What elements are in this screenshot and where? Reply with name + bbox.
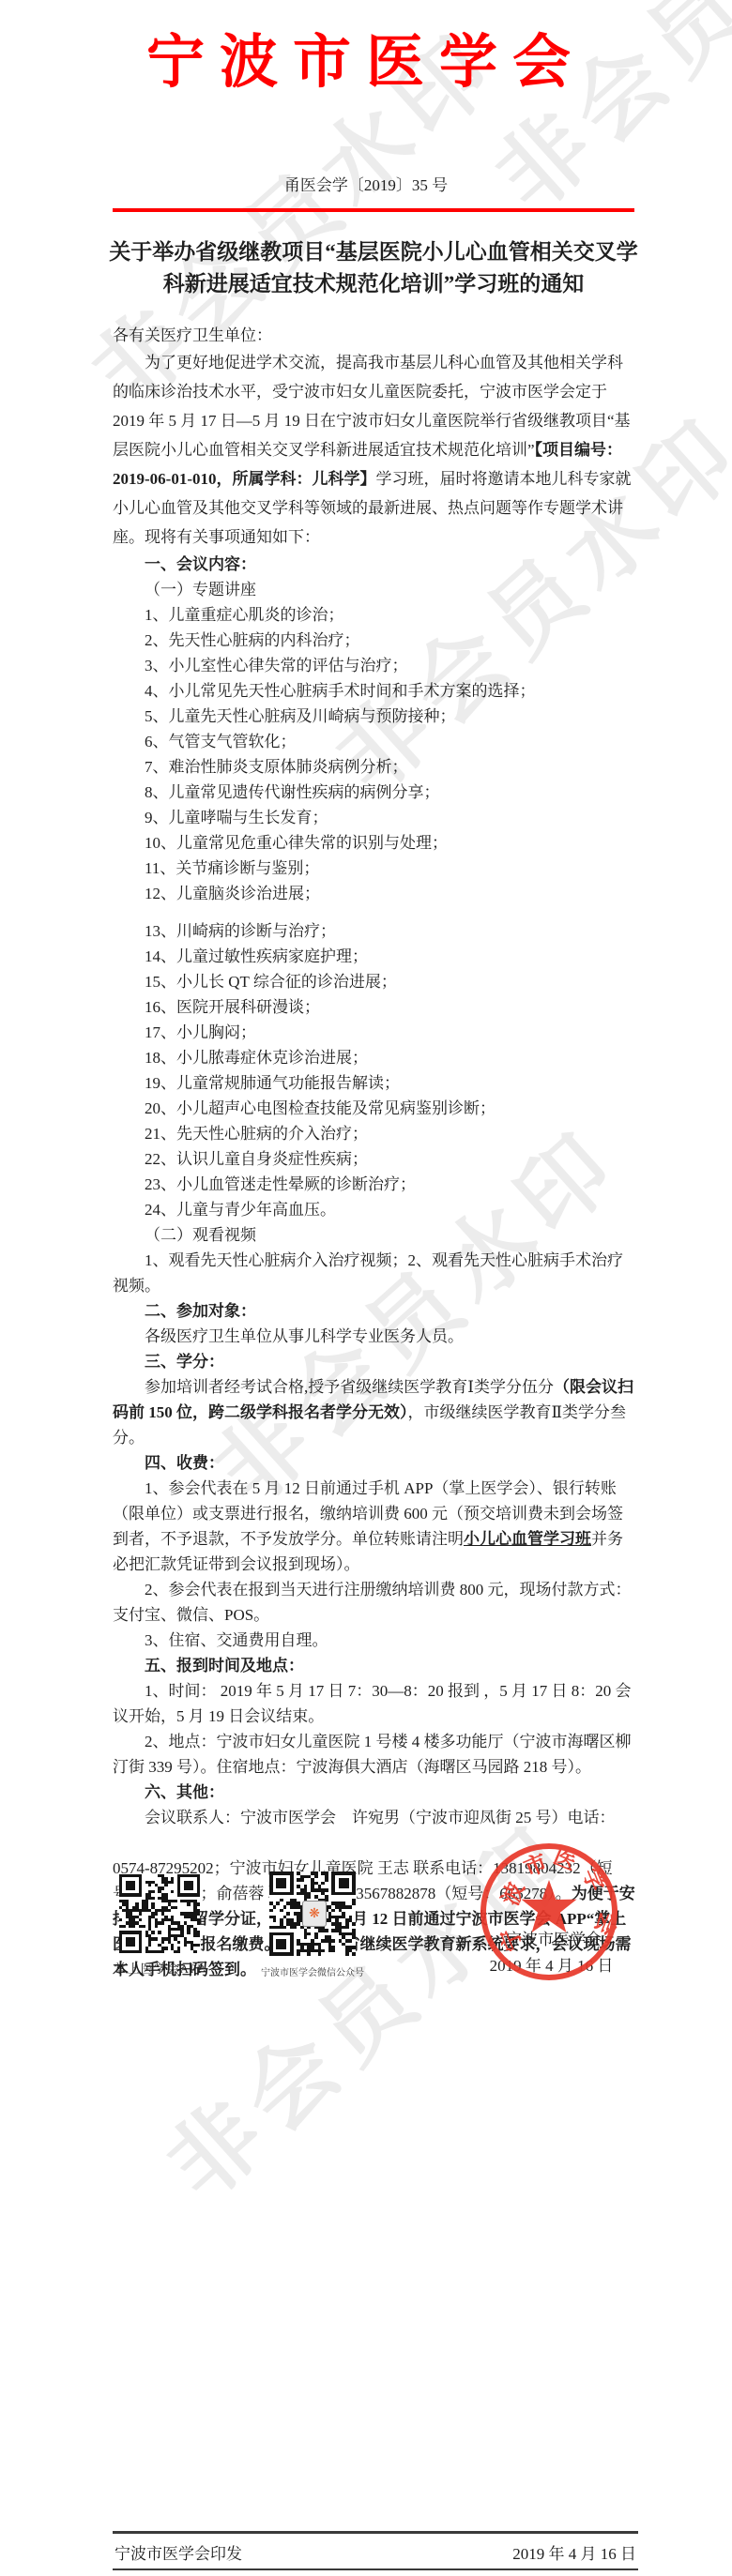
doc-heading: 三、学分： bbox=[113, 1349, 635, 1374]
doc-list-item: 20、小儿超声心电图检查技能及常见病鉴别诊断； bbox=[113, 1096, 635, 1121]
doc-list-item: 16、医院开展科研漫谈； bbox=[113, 994, 635, 1020]
doc-paragraph: 参加培训者经考试合格,授予省级继续医学教育Ⅰ类学分伍分（限会议扫码前 150 位… bbox=[113, 1374, 635, 1450]
doc-paragraph: 会议联系人：宁波市医学会 许宛男（宁波市迎凤街 25 号）电话： bbox=[113, 1805, 635, 1830]
doc-list-item: 11、关节痛诊断与鉴别； bbox=[113, 856, 635, 881]
doc-paragraph: 2、地点：宁波市妇女儿童医院 1 号楼 4 楼多功能厅（宁波市海曙区柳汀街 33… bbox=[113, 1729, 635, 1780]
doc-heading: 一、会议内容： bbox=[113, 552, 635, 577]
svg-text:学: 学 bbox=[577, 1865, 609, 1895]
doc-paragraph: 1、参会代表在 5 月 12 日前通过手机 APP（掌上医学会）、银行转账（限单… bbox=[113, 1476, 635, 1577]
doc-list-item: 1、儿童重症心肌炎的诊治； bbox=[113, 602, 635, 628]
doc-paragraph: 各级医疗卫生单位从事儿科学专业医务人员。 bbox=[113, 1324, 635, 1349]
doc-paragraph: 各有关医疗卫生单位： bbox=[113, 323, 635, 348]
doc-heading: 五、报到时间及地点： bbox=[113, 1653, 635, 1678]
svg-text:市: 市 bbox=[521, 1850, 552, 1882]
doc-list-item: 9、儿童哮喘与生长发育； bbox=[113, 805, 635, 830]
doc-list-item: 7、难治性肺炎支原体肺炎病例分析； bbox=[113, 754, 635, 780]
doc-subheading: （二）观看视频 bbox=[113, 1222, 635, 1248]
doc-list-item: 24、儿童与青少年高血压。 bbox=[113, 1197, 635, 1222]
doc-list-item: 19、儿童常规肺通气功能报告解读； bbox=[113, 1070, 635, 1096]
doc-number: 甬医会学〔2019〕35 号 bbox=[0, 172, 732, 195]
doc-heading: 四、收费： bbox=[113, 1450, 635, 1476]
doc-heading: 六、其他： bbox=[113, 1780, 635, 1805]
doc-list-item: 13、川崎病的诊断与治疗； bbox=[113, 918, 635, 944]
qr-code-app bbox=[119, 1874, 200, 1953]
official-seal: 宁 波 市 医 学 会 bbox=[474, 1837, 624, 1987]
doc-list-item: 21、先天性心脏病的介入治疗； bbox=[113, 1121, 635, 1146]
footer-issuer: 宁波市医学会印发 bbox=[114, 2540, 242, 2564]
notice-document-page: 非会员水印 非会员水印 非会员水印 非会员水印 非会员水印 宁波市医学会 甬医会… bbox=[0, 0, 732, 2576]
notice-title: 关于举办省级继教项目“基层医院小儿心血管相关交叉学科新进展适宜技术规范化培训”学… bbox=[103, 236, 644, 300]
seal-ring-text: 宁 波 市 医 学 会 bbox=[496, 1843, 622, 1954]
doc-heading: 二、参加对象： bbox=[113, 1298, 635, 1324]
red-divider-line bbox=[113, 208, 634, 212]
doc-list-item: 17、小儿胸闷； bbox=[113, 1020, 635, 1045]
doc-list-item: 15、小儿长 QT 综合征的诊治进展； bbox=[113, 969, 635, 994]
doc-paragraph: 3、住宿、交通费用自理。 bbox=[113, 1628, 635, 1653]
wechat-qr-logo-icon: ❋ bbox=[302, 1901, 327, 1927]
footer-date: 2019 年 4 月 16 日 bbox=[512, 2540, 636, 2564]
qr-label-wechat: 宁波市医学会微信公众号 bbox=[253, 1964, 372, 1978]
svg-text:波: 波 bbox=[497, 1879, 529, 1909]
doc-list-item: 18、小儿脓毒症休克诊治进展； bbox=[113, 1045, 635, 1070]
doc-list-item: 5、儿童先天性心脏病及川崎病与预防接种； bbox=[113, 704, 635, 729]
doc-paragraph: 2、参会代表在报到当天进行注册缴纳培训费 800 元，现场付款方式：支付宝、微信… bbox=[113, 1577, 635, 1628]
doc-list-item: 3、小儿室性心律失常的评估与治疗； bbox=[113, 653, 635, 678]
doc-paragraph: 1、时间： 2019 年 5 月 17 日 7：30—8：20 报到 ，5 月 … bbox=[113, 1678, 635, 1729]
doc-list-item: 23、小儿血管迷走性晕厥的诊断治疗； bbox=[113, 1172, 635, 1197]
doc-list-item: 8、儿童常见遗传代谢性疾病的病例分享； bbox=[113, 780, 635, 805]
qr-label-app: 掌上医学会APP bbox=[103, 1959, 216, 1977]
document-body: 各有关医疗卫生单位：为了更好地促进学术交流，提高我市基层儿科心血管及其他相关学科… bbox=[113, 323, 635, 1982]
doc-list-item: 14、儿童过敏性疾病家庭护理； bbox=[113, 944, 635, 969]
doc-list-item: 22、认识儿童自身炎症性疾病； bbox=[113, 1146, 635, 1172]
doc-list-item: 1、观看先天性心脏病介入治疗视频；2、观看先天性心脏病手术治疗视频。 bbox=[113, 1248, 635, 1298]
doc-list-item: 2、先天性心脏病的内科治疗； bbox=[113, 628, 635, 653]
doc-list-item: 4、小儿常见先天性心脏病手术时间和手术方案的选择； bbox=[113, 678, 635, 704]
org-title: 宁波市医学会 bbox=[0, 15, 732, 98]
doc-subheading: （一）专题讲座 bbox=[113, 577, 635, 602]
doc-list-item: 6、气管支气管软化； bbox=[113, 729, 635, 754]
doc-list-item: 12、儿童脑炎诊治进展； bbox=[113, 881, 635, 906]
seal-star-icon bbox=[521, 1880, 576, 1932]
svg-text:宁: 宁 bbox=[496, 1924, 528, 1954]
doc-paragraph: 为了更好地促进学术交流，提高我市基层儿科心血管及其他相关学科的临床诊治技术水平，… bbox=[113, 348, 635, 552]
footer: 宁波市医学会印发 2019 年 4 月 16 日 bbox=[113, 2531, 638, 2570]
doc-list-item: 10、儿童常见危重心律失常的识别与处理； bbox=[113, 830, 635, 856]
